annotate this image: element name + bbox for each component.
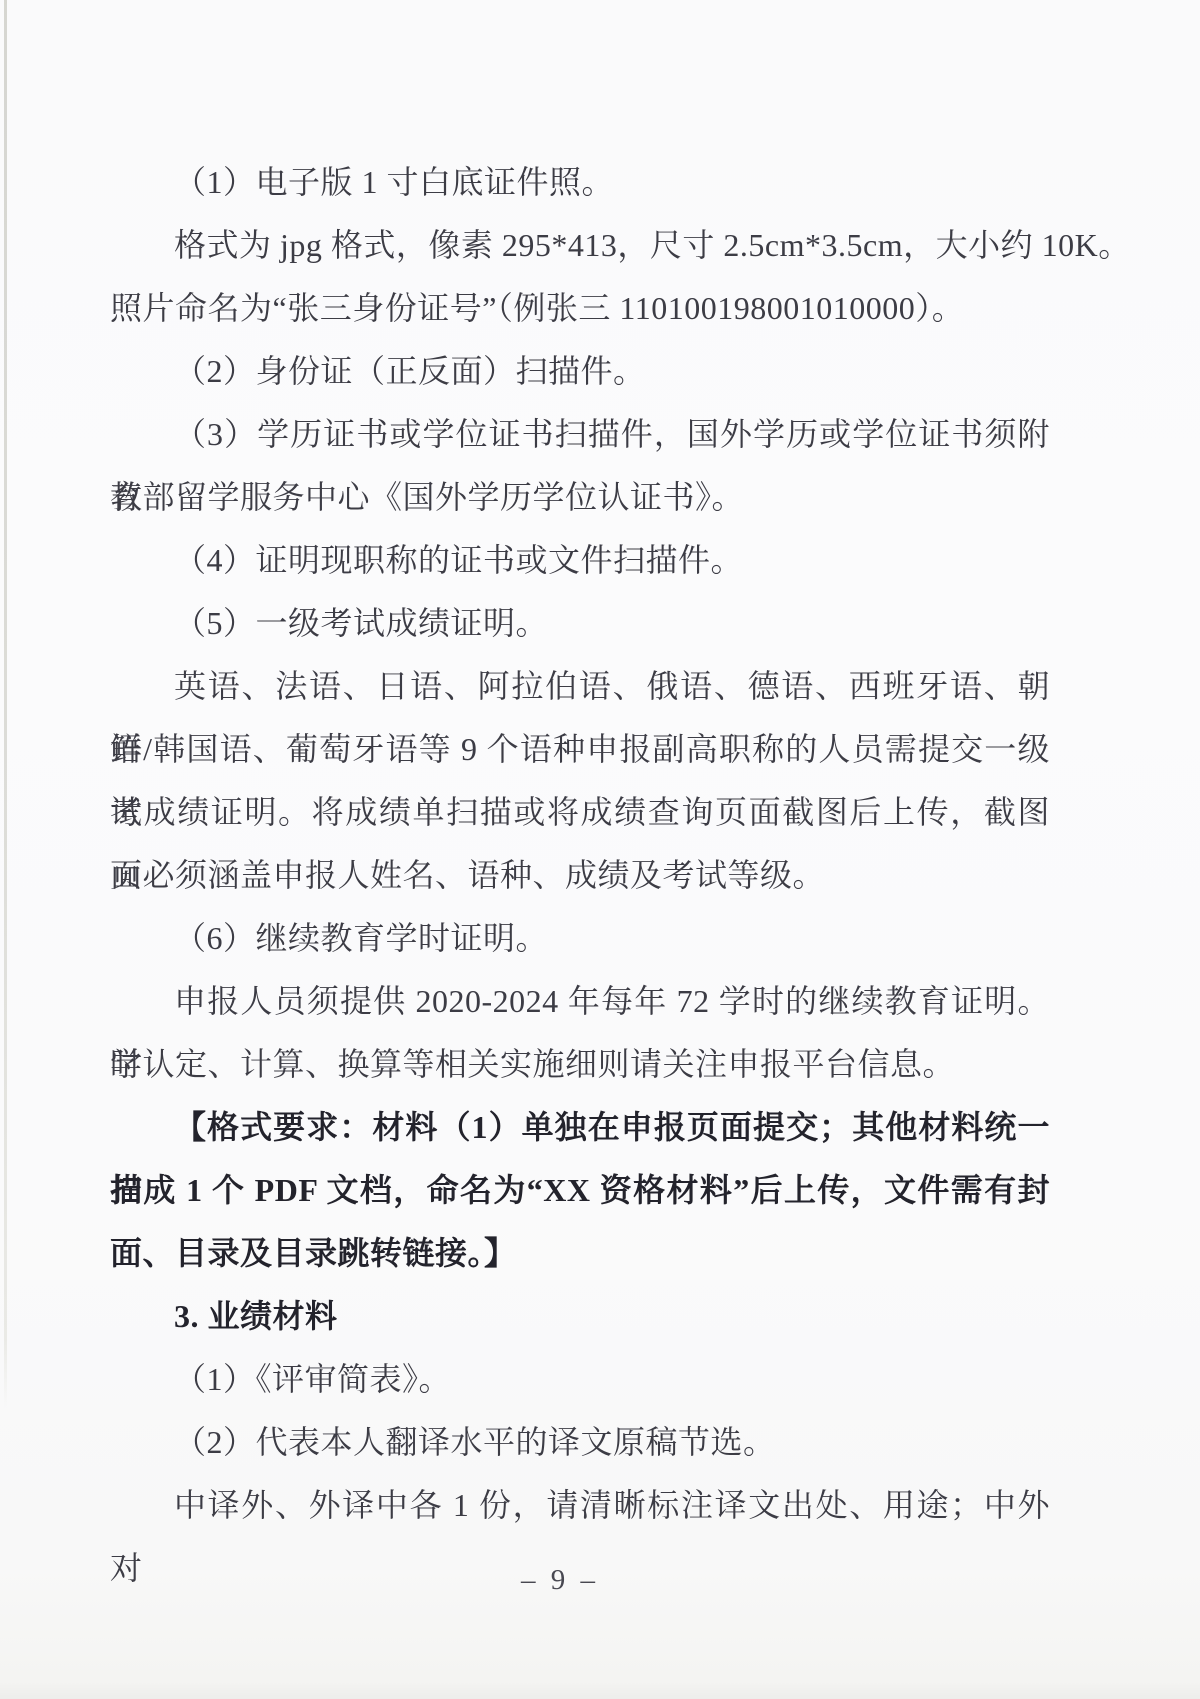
continuing-edu-line: 申报人员须提供 2020-2024 年每年 72 学时的继续教育证明。学 [110,970,1050,1033]
performance-item-1: （1）《评审简表》。 [110,1348,1050,1411]
document-page: （1）电子版 1 寸白底证件照。格式为 jpg 格式，像素 295*413，尺寸… [0,0,1200,1699]
material-item-2: （2）身份证（正反面）扫描件。 [110,340,1050,403]
material-item-3: （3）学历证书或学位证书扫描件，国外学历或学位证书须附教 [110,403,1050,466]
language-list-line: 英语、法语、日语、阿拉伯语、俄语、德语、西班牙语、朝鲜 [110,655,1050,718]
material-item-1: （1）电子版 1 寸白底证件照。 [110,151,1050,214]
performance-item-2: （2）代表本人翻译水平的译文原稿节选。 [110,1411,1050,1474]
language-list-cont-1: 语/韩国语、葡萄牙语等 9 个语种申报副高职称的人员需提交一级考 [110,718,1050,781]
material-item-3-cont: 育部留学服务中心《国外学历学位认证书》。 [110,466,1050,529]
format-requirement-3: 面、目录及目录跳转链接。】 [110,1222,1050,1285]
scan-edge-artifact [4,0,7,1408]
language-list-cont-3: 面必须涵盖申报人姓名、语种、成绩及考试等级。 [110,844,1050,907]
performance-item-2-cont: 中译外、外译中各 1 份，请清晰标注译文出处、用途；中外对 [110,1474,1050,1537]
section-heading-3: 3. 业绩材料 [110,1285,1050,1348]
material-item-5: （5）一级考试成绩证明。 [110,592,1050,655]
material-item-4: （4）证明现职称的证书或文件扫描件。 [110,529,1050,592]
continuing-edu-cont: 时认定、计算、换算等相关实施细则请关注申报平台信息。 [110,1033,1050,1096]
format-requirement-1: 【格式要求：材料（1）单独在申报页面提交；其他材料统一扫 [110,1096,1050,1159]
language-list-cont-2: 试成绩证明。将成绩单扫描或将成绩查询页面截图后上传，截图页 [110,781,1050,844]
page-number: – 9 – [110,1556,1010,1604]
photo-naming-line: 照片命名为“张三身份证号”（例张三 110100198001010000）。 [110,277,1050,340]
material-item-6: （6）继续教育学时证明。 [110,907,1050,970]
format-requirement-2: 描成 1 个 PDF 文档，命名为“XX 资格材料”后上传，文件需有封 [110,1159,1050,1222]
photo-format-line: 格式为 jpg 格式，像素 295*413，尺寸 2.5cm*3.5cm，大小约… [110,214,1050,277]
document-body: （1）电子版 1 寸白底证件照。格式为 jpg 格式，像素 295*413，尺寸… [110,151,1050,1537]
